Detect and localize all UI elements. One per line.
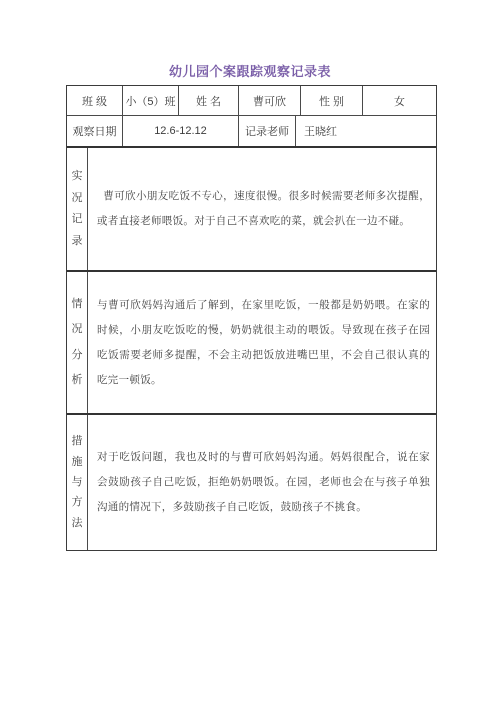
section-situation-analysis-text: 与曹可欣妈妈沟通后了解到，在家里吃饭，一般都是奶奶喂。在家的时候，小朋友吃饭吃的… — [97, 293, 430, 393]
class-value: 小（5）班 — [123, 86, 179, 115]
name-value: 曹可欣 — [239, 86, 301, 115]
record-teacher-label: 记录老师 — [239, 116, 296, 146]
section-live-record-text: 曹可欣小朋友吃饭不专心，速度很慢。很多时候需要老师多次提醒，或者直接老师喂饭。对… — [97, 184, 430, 234]
table-row-date-teacher: 观察日期 12.6-12.12 记录老师 王晓红 — [67, 116, 436, 146]
section-measures-methods: 措施与方法 对于吃饭问题，我也及时的与曹可欣妈妈沟通。妈妈很配合，说在家会鼓励孩… — [67, 413, 436, 550]
section-live-record-label: 实况记录 — [67, 148, 88, 270]
observation-date-value: 12.6-12.12 — [123, 116, 239, 146]
section-measures-methods-text: 对于吃饭问题，我也及时的与曹可欣妈妈沟通。妈妈很配合，说在家会鼓励孩子自己吃饭，… — [97, 445, 430, 520]
section-live-record: 实况记录 曹可欣小朋友吃饭不专心，速度很慢。很多时候需要老师多次提醒，或者直接老… — [67, 146, 436, 270]
document-page: 幼儿园个案跟踪观察记录表 班 级 小（5）班 姓 名 曹可欣 性 别 女 观察日… — [0, 0, 500, 707]
section-measures-methods-content: 对于吃饭问题，我也及时的与曹可欣妈妈沟通。妈妈很配合，说在家会鼓励孩子自己吃饭，… — [88, 415, 436, 550]
gender-value: 女 — [363, 86, 436, 115]
observation-record-table: 班 级 小（5）班 姓 名 曹可欣 性 别 女 观察日期 12.6-12.12 … — [66, 85, 437, 551]
table-row-basic-info: 班 级 小（5）班 姓 名 曹可欣 性 别 女 — [67, 86, 436, 116]
name-label: 姓 名 — [179, 86, 239, 115]
section-live-record-content: 曹可欣小朋友吃饭不专心，速度很慢。很多时候需要老师多次提醒，或者直接老师喂饭。对… — [88, 148, 436, 270]
section-situation-analysis-label: 情况分析 — [67, 272, 88, 413]
section-situation-analysis-content: 与曹可欣妈妈沟通后了解到，在家里吃饭，一般都是奶奶喂。在家的时候，小朋友吃饭吃的… — [88, 272, 436, 413]
gender-label: 性 别 — [301, 86, 363, 115]
observation-date-label: 观察日期 — [67, 116, 123, 146]
record-teacher-value: 王晓红 — [296, 116, 436, 146]
class-label: 班 级 — [67, 86, 123, 115]
page-title: 幼儿园个案跟踪观察记录表 — [0, 0, 500, 80]
section-measures-methods-label: 措施与方法 — [67, 415, 88, 550]
section-situation-analysis: 情况分析 与曹可欣妈妈沟通后了解到，在家里吃饭，一般都是奶奶喂。在家的时候，小朋… — [67, 270, 436, 413]
